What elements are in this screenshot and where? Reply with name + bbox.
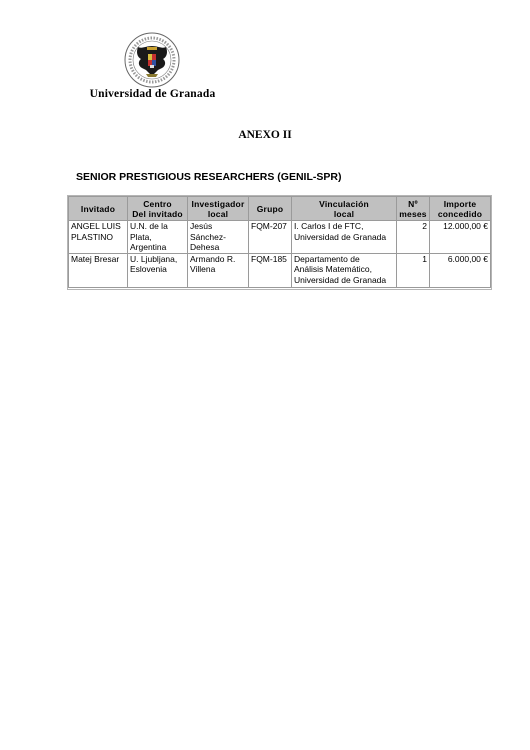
university-logo: Universidad de Granada bbox=[80, 30, 225, 108]
cell-grupo: FQM-207 bbox=[249, 221, 292, 254]
cell-grupo: FQM-185 bbox=[249, 253, 292, 287]
cell-importe: 12.000,00 € bbox=[430, 221, 491, 254]
cell-importe: 6.000,00 € bbox=[430, 253, 491, 287]
grants-table: InvitadoCentroDel invitadoInvestigadorlo… bbox=[68, 196, 491, 288]
table-row: ANGEL LUISPLASTINOU.N. de laPlata,Argent… bbox=[69, 221, 491, 254]
cell-investigador: JesúsSánchez-Dehesa bbox=[188, 221, 249, 254]
column-header-vinculacion: Vinculaciónlocal bbox=[292, 197, 397, 221]
section-title: SENIOR PRESTIGIOUS RESEARCHERS (GENIL-SP… bbox=[76, 171, 341, 183]
column-header-invitado: Invitado bbox=[69, 197, 128, 221]
annex-title: ANEXO II bbox=[0, 129, 530, 141]
cell-investigador: Armando R.Villena bbox=[188, 253, 249, 287]
table-row: Matej BresarU. Ljubljana,EsloveniaArmand… bbox=[69, 253, 491, 287]
cell-invitado: ANGEL LUISPLASTINO bbox=[69, 221, 128, 254]
cell-invitado: Matej Bresar bbox=[69, 253, 128, 287]
table-header-row: InvitadoCentroDel invitadoInvestigadorlo… bbox=[69, 197, 491, 221]
column-header-meses: Nºmeses bbox=[397, 197, 430, 221]
cell-centro: U. Ljubljana,Eslovenia bbox=[128, 253, 188, 287]
column-header-centro: CentroDel invitado bbox=[128, 197, 188, 221]
cell-meses: 2 bbox=[397, 221, 430, 254]
cell-vinculacion: I. Carlos I de FTC,Universidad de Granad… bbox=[292, 221, 397, 254]
cell-vinculacion: Departamento deAnálisis Matemático,Unive… bbox=[292, 253, 397, 287]
university-name: Universidad de Granada bbox=[80, 88, 225, 100]
column-header-investigador: Investigadorlocal bbox=[188, 197, 249, 221]
column-header-importe: Importeconcedido bbox=[430, 197, 491, 221]
cell-centro: U.N. de laPlata,Argentina bbox=[128, 221, 188, 254]
cell-meses: 1 bbox=[397, 253, 430, 287]
column-header-grupo: Grupo bbox=[249, 197, 292, 221]
university-seal-icon bbox=[124, 32, 180, 88]
